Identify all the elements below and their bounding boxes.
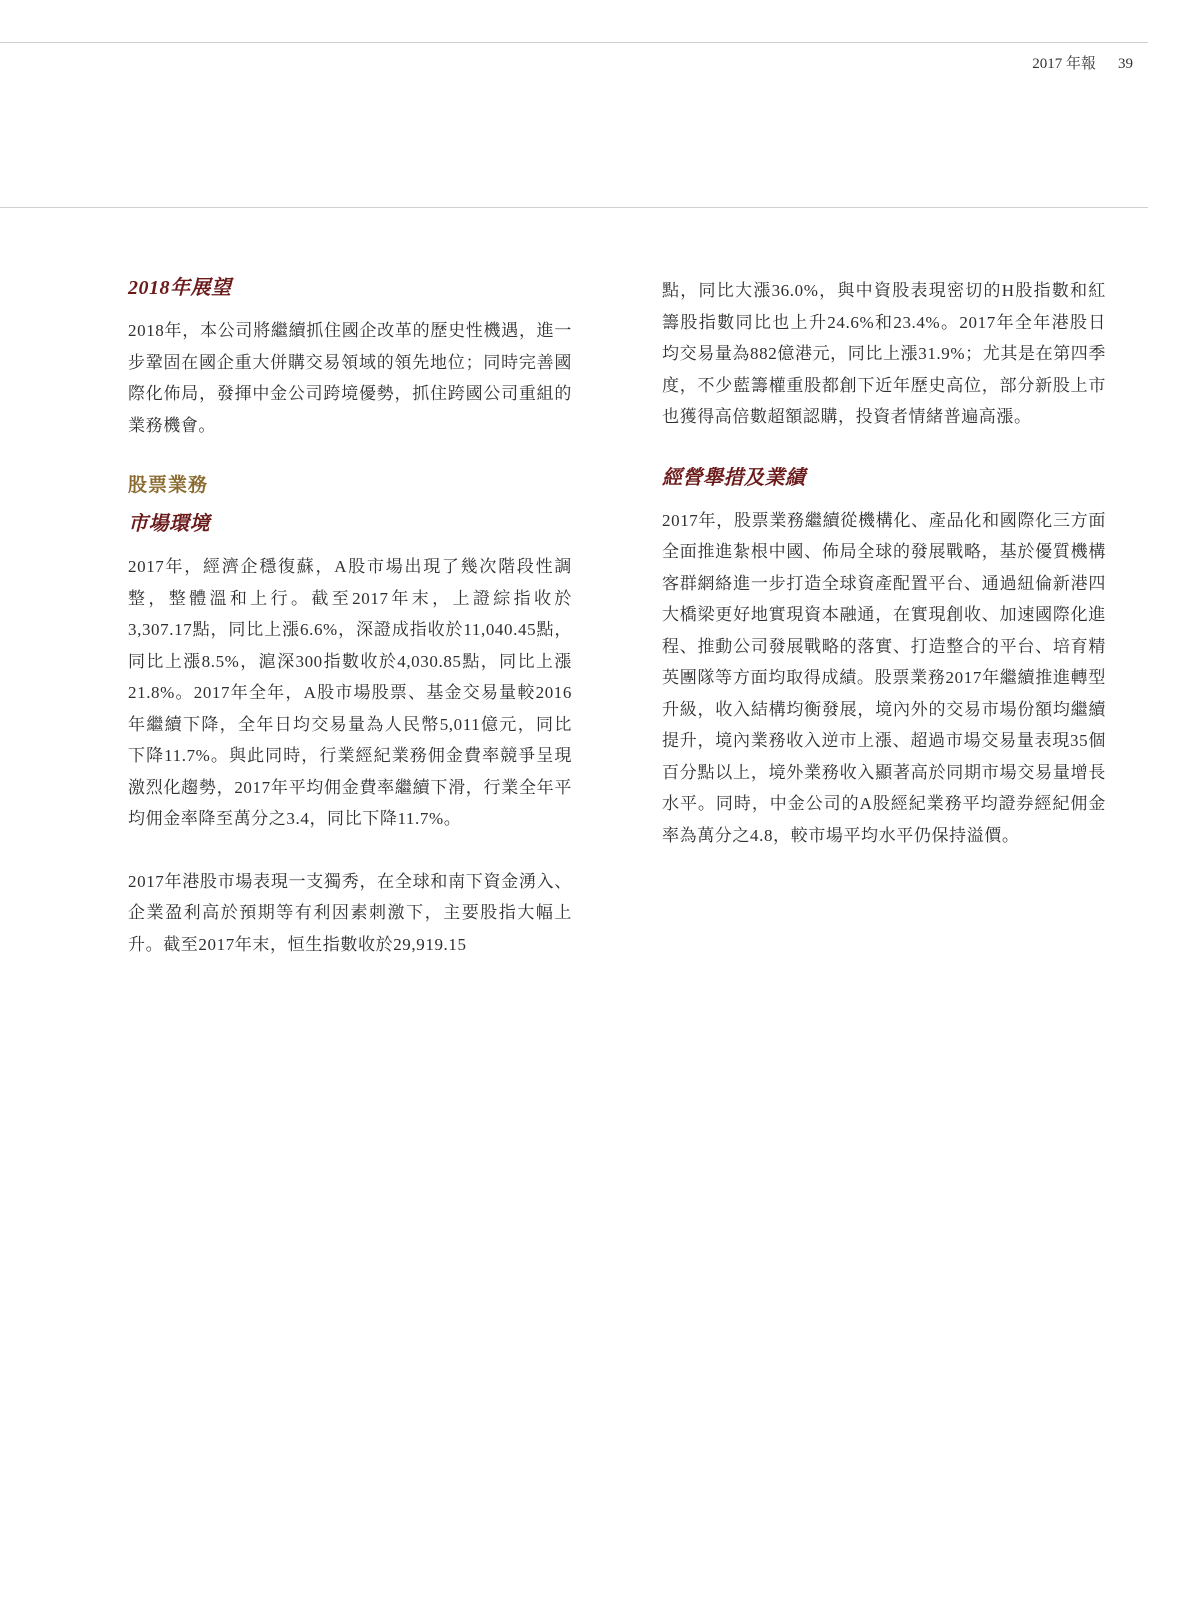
right-column: 點，同比大漲36.0%，與中資股表現密切的H股指數和紅籌股指數同比也上升24.6… <box>662 275 1106 851</box>
hk-shares-paragraph-continued: 點，同比大漲36.0%，與中資股表現密切的H股指數和紅籌股指數同比也上升24.6… <box>662 275 1106 433</box>
market-environment-paragraph-a-shares: 2017年，經濟企穩復蘇，A股市場出現了幾次階段性調整，整體溫和上行。截至201… <box>128 551 572 835</box>
operations-paragraph: 2017年，股票業務繼續從機構化、產品化和國際化三方面全面推進紮根中國、佈局全球… <box>662 505 1106 852</box>
operations-heading: 經營舉措及業績 <box>662 465 1106 491</box>
market-environment-heading: 市場環境 <box>128 511 572 537</box>
top-divider <box>0 42 1148 43</box>
left-column: 2018年展望 2018年，本公司將繼續抓住國企改革的歷史性機遇，進一步鞏固在國… <box>128 275 572 960</box>
market-environment-paragraph-hk-shares: 2017年港股市場表現一支獨秀，在全球和南下資金湧入、企業盈利高於預期等有利因素… <box>128 866 572 961</box>
report-title: 2017 年報 <box>1032 52 1096 73</box>
equities-section-heading: 股票業務 <box>128 473 572 499</box>
page-number: 39 <box>1118 56 1133 73</box>
running-header: 2017 年報 39 <box>1032 52 1133 73</box>
header-divider <box>0 207 1148 208</box>
outlook-heading: 2018年展望 <box>128 275 572 301</box>
outlook-paragraph: 2018年，本公司將繼續抓住國企改革的歷史性機遇，進一步鞏固在國企重大併購交易領… <box>128 315 572 441</box>
